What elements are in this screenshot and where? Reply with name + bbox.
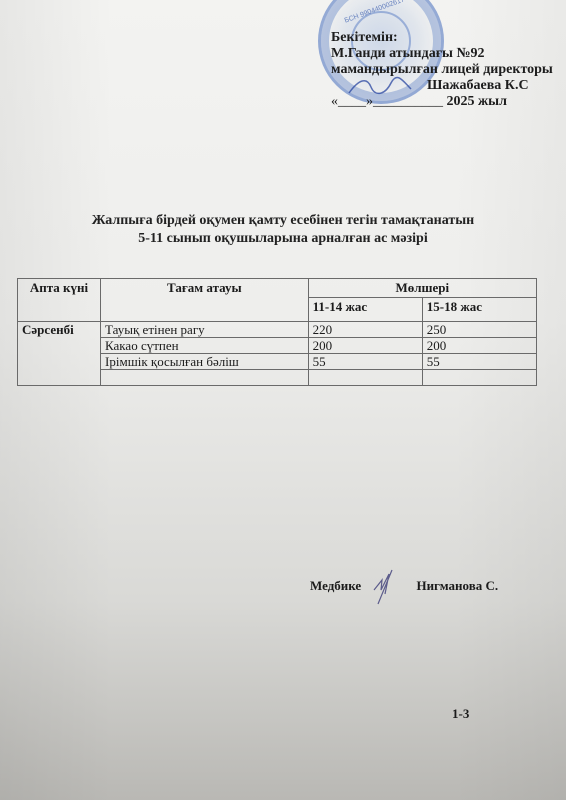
menu-table: Апта күні Тағам атауы Мөлшері 11-14 жас … [17, 278, 537, 386]
approval-heading: Бекітемін: [331, 30, 553, 46]
page-number: 1-3 [452, 706, 469, 722]
day-cell: Сәрсенбі [18, 322, 101, 386]
dish-cell [101, 370, 309, 386]
qty-15-18-cell: 200 [422, 338, 536, 354]
dish-cell: Тауық етінен рагу [101, 322, 309, 338]
qty-15-18-cell: 55 [422, 354, 536, 370]
header-day: Апта күні [18, 279, 101, 322]
qty-11-14-cell: 55 [308, 354, 422, 370]
qty-15-18-cell: 250 [422, 322, 536, 338]
director-signature-icon [345, 75, 415, 99]
approval-line1: М.Ганди атындағы №92 [331, 46, 553, 62]
title-line1: Жалпыға бірдей оқумен қамту есебінен тег… [0, 212, 566, 230]
table-row: Сәрсенбі Тауық етінен рагу 220 250 [18, 322, 537, 338]
nurse-signature-block: Медбике Нигманова С. [310, 578, 498, 594]
qty-11-14-cell: 220 [308, 322, 422, 338]
title-line2: 5-11 сынып оқушыларына арналған ас мәзір… [0, 230, 566, 248]
nurse-signature-icon [372, 568, 396, 606]
document-title: Жалпыға бірдей оқумен қамту есебінен тег… [0, 212, 566, 248]
nurse-role: Медбике [310, 578, 361, 593]
page-background [0, 0, 566, 800]
qty-11-14-cell: 200 [308, 338, 422, 354]
qty-11-14-cell [308, 370, 422, 386]
nurse-name: Нигманова С. [416, 578, 498, 593]
header-age-15-18: 15-18 жас [422, 298, 536, 322]
approval-year: 2025 жыл [447, 94, 507, 109]
dish-cell: Какао сүтпен [101, 338, 309, 354]
header-age-11-14: 11-14 жас [308, 298, 422, 322]
header-quantity: Мөлшері [308, 279, 536, 298]
dish-cell: Ірімшік қосылған бәліш [101, 354, 309, 370]
header-dish: Тағам атауы [101, 279, 309, 322]
qty-15-18-cell [422, 370, 536, 386]
